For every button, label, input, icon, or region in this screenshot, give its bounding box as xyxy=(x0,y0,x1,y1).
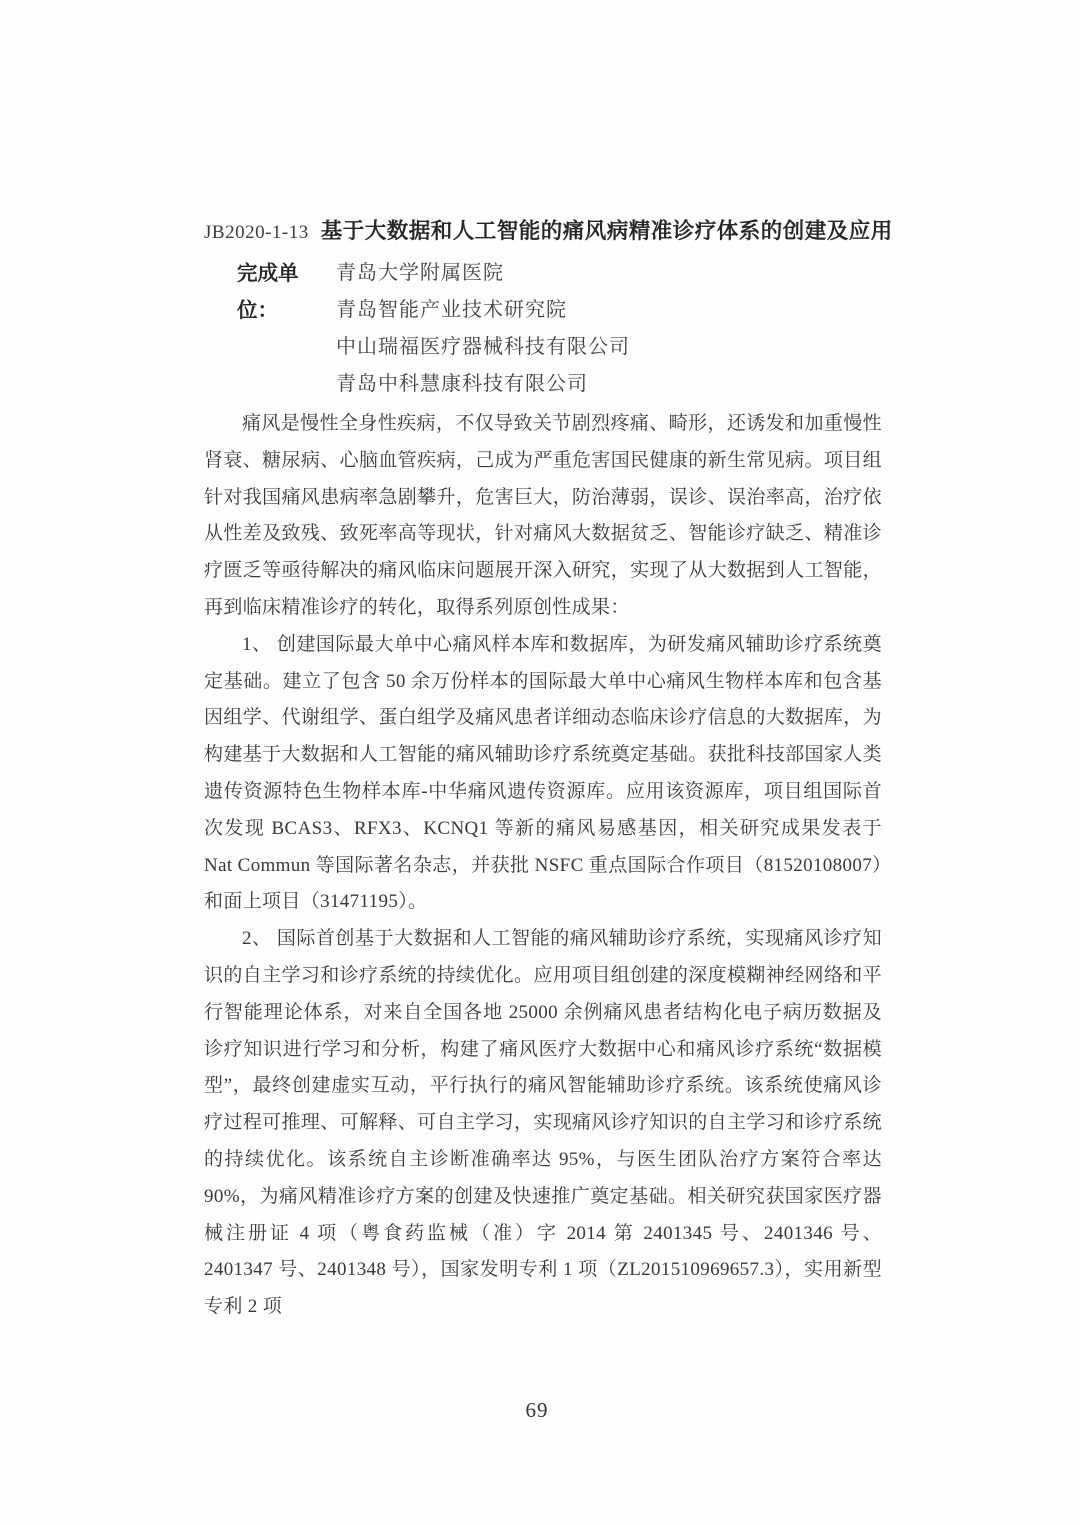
unit-label: 完成单位： xyxy=(237,255,336,329)
completion-units-row: 完成单位： 青岛大学附属医院 青岛智能产业技术研究院 中山瑞福医疗器械科技有限公… xyxy=(204,255,882,403)
institution-item: 中山瑞福医疗器械科技有限公司 xyxy=(336,329,630,366)
document-page: JB2020-1-13基于大数据和人工智能的痛风病精准诊疗体系的创建及应用 完成… xyxy=(0,0,1080,1526)
project-title: 基于大数据和人工智能的痛风病精准诊疗体系的创建及应用 xyxy=(321,219,893,243)
institution-list: 青岛大学附属医院 青岛智能产业技术研究院 中山瑞福医疗器械科技有限公司 青岛中科… xyxy=(336,255,630,403)
body-paragraph-point-2: 2、 国际首创基于大数据和人工智能的痛风辅助诊疗系统，实现痛风诊疗知识的自主学习… xyxy=(204,921,882,1326)
project-heading: JB2020-1-13基于大数据和人工智能的痛风病精准诊疗体系的创建及应用 xyxy=(204,212,882,253)
institution-item: 青岛智能产业技术研究院 xyxy=(336,292,630,329)
project-code: JB2020-1-13 xyxy=(204,222,309,243)
body-paragraph-intro: 痛风是慢性全身性疾病，不仅导致关节剧烈疼痛、畸形，还诱发和加重慢性肾衰、糖尿病、… xyxy=(204,406,882,627)
page-content: JB2020-1-13基于大数据和人工智能的痛风病精准诊疗体系的创建及应用 完成… xyxy=(204,212,882,1326)
body-paragraph-point-1: 1、 创建国际最大单中心痛风样本库和数据库，为研发痛风辅助诊疗系统奠定基础。建立… xyxy=(204,627,882,921)
institution-item: 青岛大学附属医院 xyxy=(336,255,630,292)
institution-item: 青岛中科慧康科技有限公司 xyxy=(336,366,630,403)
page-number: 69 xyxy=(0,1398,1074,1423)
document-body: 痛风是慢性全身性疾病，不仅导致关节剧烈疼痛、畸形，还诱发和加重慢性肾衰、糖尿病、… xyxy=(204,406,882,1326)
